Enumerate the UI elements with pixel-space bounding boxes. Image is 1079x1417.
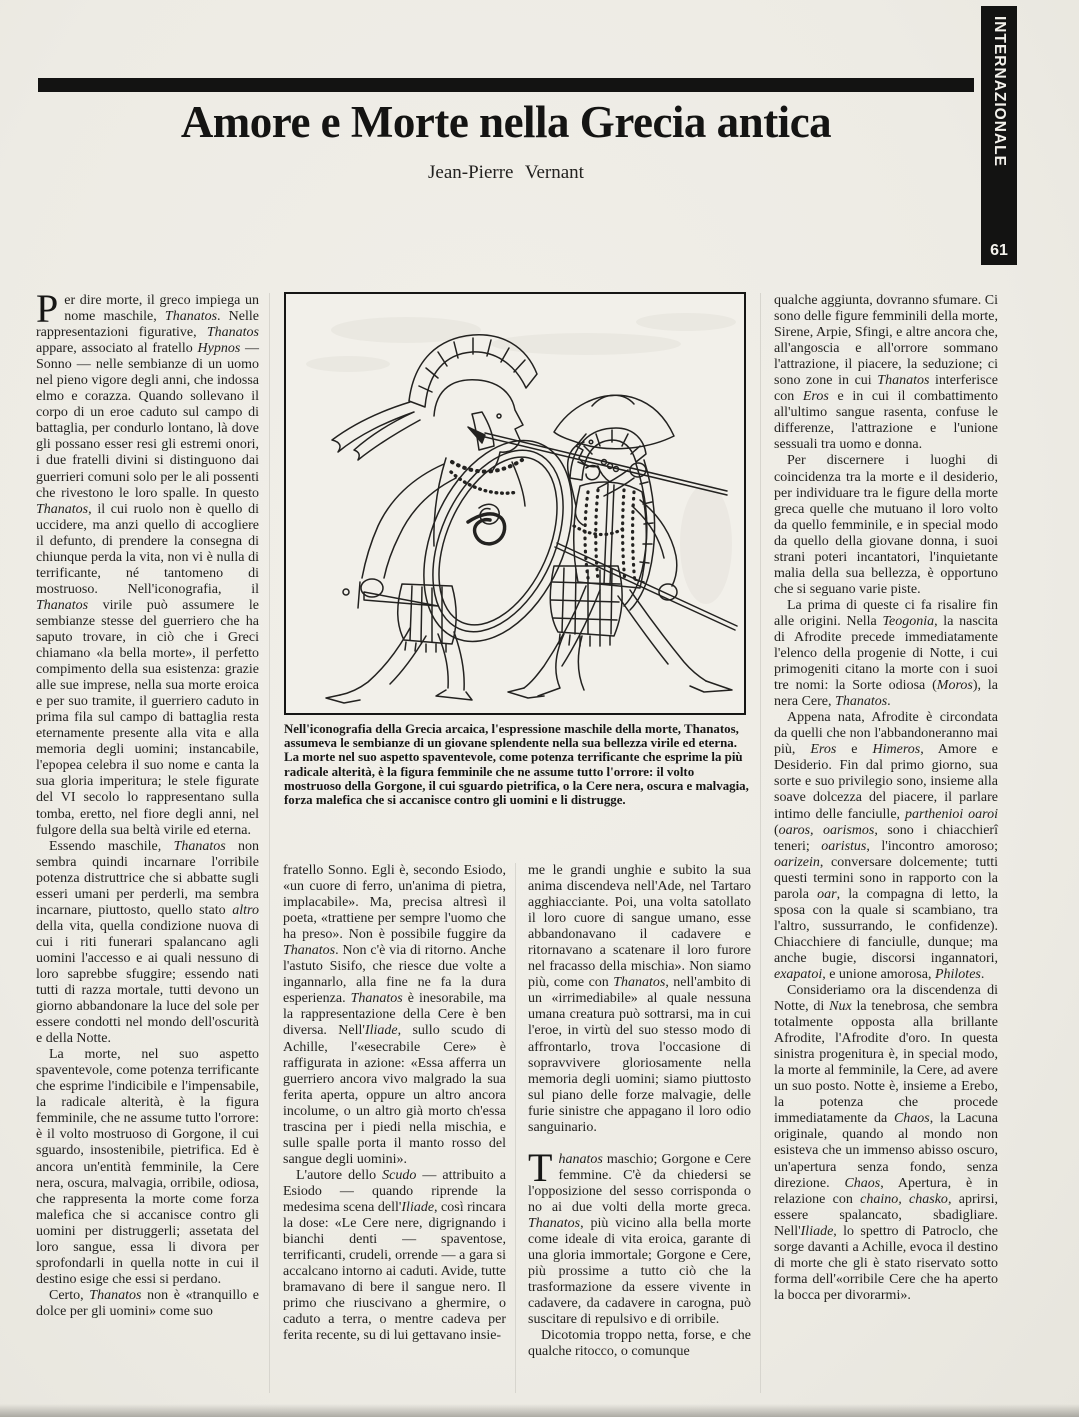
paragraph: Appena nata, Afrodite è circondata da qu… xyxy=(774,710,998,983)
paragraph-text: hanatos maschio; Gorgone e Cere femmine.… xyxy=(528,1152,751,1327)
paragraph: La prima di queste ci fa risalire fin al… xyxy=(774,598,998,710)
paragraph: Dicotomia troppo netta, forse, e che qua… xyxy=(528,1328,751,1360)
paragraph: L'autore dello Scudo — attribuito a Esio… xyxy=(283,1168,506,1345)
text-column-4: qualche aggiunta, dovranno sfumare. Ci s… xyxy=(774,293,998,1304)
text-column-3: me le grandi unghie e subito la sua anim… xyxy=(528,863,751,1360)
warriors-illustration xyxy=(286,294,744,713)
paragraph: La morte, nel suo aspetto spaventevole, … xyxy=(36,1047,259,1288)
column-rule xyxy=(515,863,516,1393)
article-title: Amore e Morte nella Grecia antica xyxy=(38,96,974,148)
paragraph: Per dire morte, il greco impiega un nome… xyxy=(36,293,259,839)
paragraph: fratello Sonno. Egli è, secondo Esiodo, … xyxy=(283,863,506,1168)
paragraph: qualche aggiunta, dovranno sfumare. Ci s… xyxy=(774,293,998,453)
column-rule xyxy=(269,293,270,1393)
paragraph: Certo, Thanatos non è «tranquillo e dolc… xyxy=(36,1288,259,1320)
paragraph: me le grandi unghie e subito la sua anim… xyxy=(528,863,751,1136)
paragraph: Per discernere i luoghi di coincidenza t… xyxy=(774,453,998,597)
masthead-bar: INTERNAZIONALE 61 xyxy=(981,6,1017,265)
paragraph: Consideriamo ora la discendenza di Notte… xyxy=(774,983,998,1304)
column-rule xyxy=(760,293,761,1393)
paragraph-text: er dire morte, il greco impiega un nome … xyxy=(36,293,259,838)
dropcap-letter: P xyxy=(36,293,64,324)
page-number: 61 xyxy=(981,242,1017,260)
magazine-page: INTERNAZIONALE 61 Amore e Morte nella Gr… xyxy=(0,0,1079,1417)
figure-caption: Nell'iconografia della Grecia arcaica, l… xyxy=(284,722,752,807)
header-rule xyxy=(38,78,974,92)
masthead-label: INTERNAZIONALE xyxy=(981,16,1017,236)
paragraph: Thanatos maschio; Gorgone e Cere femmine… xyxy=(528,1152,751,1329)
text-column-2: fratello Sonno. Egli è, secondo Esiodo, … xyxy=(283,863,506,1344)
dropcap-letter: T xyxy=(528,1152,558,1183)
warrior-left xyxy=(326,335,601,703)
text-column-1: Per dire morte, il greco impiega un nome… xyxy=(36,293,259,1320)
scan-bottom-shadow xyxy=(0,1404,1079,1417)
article-byline: Jean-Pierre Vernant xyxy=(38,162,974,184)
illustration-frame xyxy=(284,292,746,715)
paragraph: Essendo maschile, Thanatos non sembra qu… xyxy=(36,839,259,1048)
